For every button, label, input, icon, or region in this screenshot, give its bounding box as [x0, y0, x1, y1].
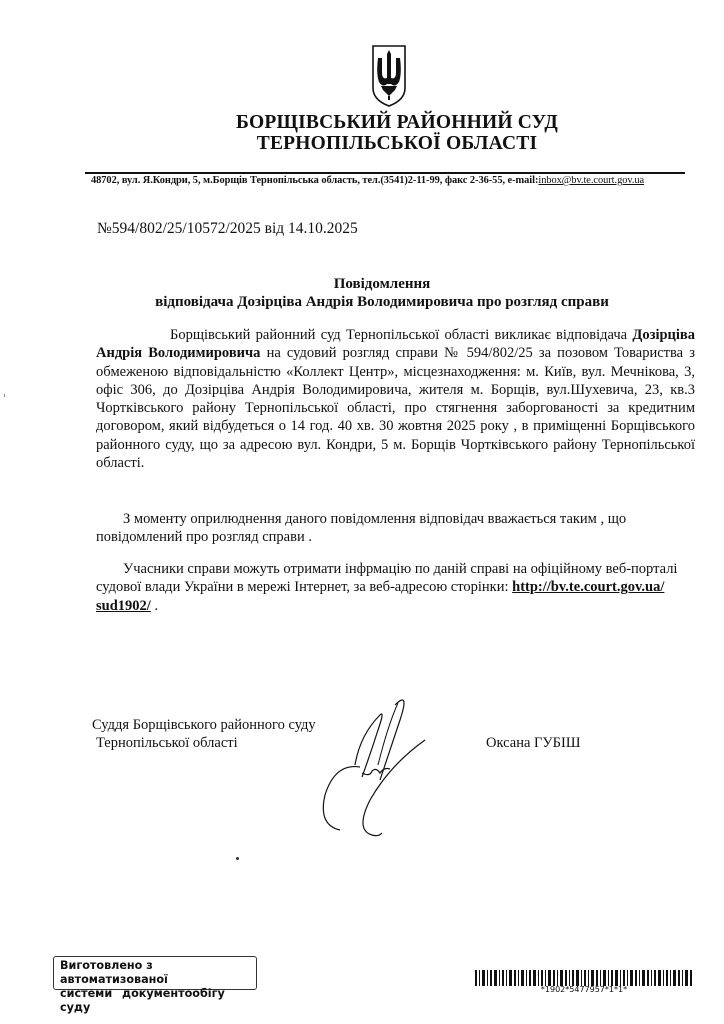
paragraph-portal: Учасники справи можуть отримати інфрмаці… — [96, 560, 695, 615]
coat-of-arms-icon — [371, 44, 407, 108]
stamp-line2: системи документообігу суду — [60, 987, 250, 1015]
email-link[interactable]: inbox@bv.te.court.gov.ua — [538, 175, 644, 186]
header-divider — [85, 172, 685, 174]
scan-dot — [236, 857, 239, 860]
judge-position: Суддя Борщівського районного суду Терноп… — [92, 716, 316, 752]
stamp-line1: Виготовлено з автоматизованої — [60, 959, 250, 987]
title-line1: Повідомлення — [0, 275, 724, 293]
court-name-line1: БОРЩІВСЬКИЙ РАЙОННИЙ СУД — [0, 112, 724, 133]
court-name-line2: ТЕРНОПІЛЬСЬКОЇ ОБЛАСТІ — [0, 133, 724, 154]
position-line2: Тернопільської області — [92, 734, 316, 752]
paragraph-notice: З моменту оприлюднення даного повідомлен… — [96, 510, 695, 547]
title-line2: відповідача Дозірціва Андрія Володимиров… — [0, 293, 724, 311]
position-line1: Суддя Борщівського районного суду — [92, 716, 316, 734]
scan-artifact — [4, 394, 5, 397]
court-name: БОРЩІВСЬКИЙ РАЙОННИЙ СУД ТЕРНОПІЛЬСЬКОЇ … — [0, 112, 724, 154]
document-title: Повідомлення відповідача Дозірціва Андрі… — [0, 275, 724, 311]
handwritten-signature — [300, 685, 460, 855]
address-text: 48702, вул. Я.Кондри, 5, м.Борщів Терноп… — [91, 175, 538, 186]
notice-text: З моменту оприлюднення даного повідомлен… — [96, 511, 626, 545]
automated-system-stamp: Виготовлено з автоматизованої системи до… — [53, 956, 257, 990]
document-number: №594/802/25/10572/2025 від 14.10.2025 — [97, 220, 358, 238]
paragraph-summons: Борщівський районний суд Тернопільської … — [96, 326, 695, 472]
summons-text-start: Борщівський районний суд Тернопільської … — [170, 327, 632, 343]
judge-name: Оксана ГУБІШ — [486, 735, 580, 752]
court-address: 48702, вул. Я.Кондри, 5, м.Борщів Терноп… — [91, 175, 644, 186]
portal-suffix: . — [151, 598, 158, 614]
summons-text-rest: на судовий розгляд справи № 594/802/25 з… — [96, 345, 695, 471]
barcode-number: *1902*5477957*1*1* — [475, 985, 693, 994]
barcode-icon — [475, 970, 693, 986]
